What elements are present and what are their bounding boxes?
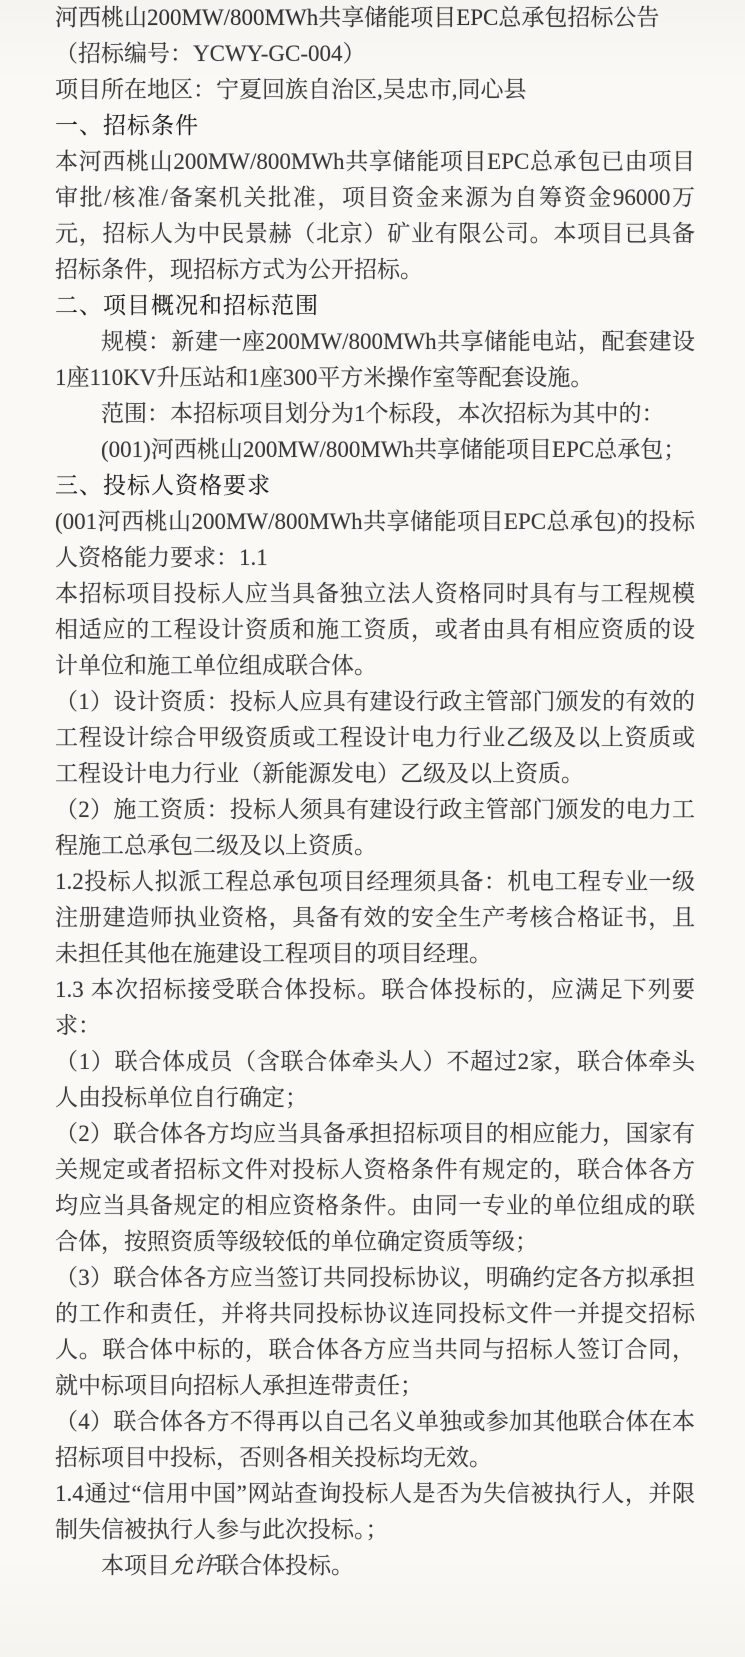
para-scope: 范围：本招标项目划分为1个标段，本次招标为其中的： xyxy=(55,396,695,432)
section-heading-tender-conditions: 一、招标条件 xyxy=(55,108,695,144)
para-consortium-restriction: （4）联合体各方不得再以自己名义单独或参加其他联合体在本招标项目中投标，否则各相… xyxy=(55,1404,695,1476)
consortium-allowed-prefix: 本项目 xyxy=(101,1553,170,1578)
para-design-qualification: （1）设计资质：投标人应具有建设行政主管部门颁发的有效的工程设计综合甲级资质或工… xyxy=(55,684,695,792)
para-lot-001: (001)河西桃山200MW/800MWh共享储能项目EPC总承包； xyxy=(55,432,695,468)
para-independent-legal-person: 本招标项目投标人应当具备独立法人资格同时具有与工程规模相适应的工程设计资质和施工… xyxy=(55,576,695,684)
doc-title: 河西桃山200MW/800MWh共享储能项目EPC总承包招标公告 xyxy=(55,0,695,36)
consortium-allowed-suffix: 联合体投标。 xyxy=(216,1553,354,1578)
para-credit-china-check: 1.4通过“信用中国”网站查询投标人是否为失信被执行人，并限制失信被执行人参与此… xyxy=(55,1476,695,1548)
para-consortium-capability: （2）联合体各方均应当具备承担招标项目的相应能力，国家有关规定或者招标文件对投标… xyxy=(55,1116,695,1260)
section-heading-bidder-qualification: 三、投标人资格要求 xyxy=(55,468,695,504)
section-heading-project-overview: 二、项目概况和招标范围 xyxy=(55,288,695,324)
document-page: 河西桃山200MW/800MWh共享储能项目EPC总承包招标公告 （招标编号：Y… xyxy=(0,0,745,1657)
para-project-manager-requirement: 1.2投标人拟派工程总承包项目经理须具备：机电工程专业一级注册建造师执业资格，具… xyxy=(55,864,695,972)
para-tender-conditions: 本河西桃山200MW/800MWh共享储能项目EPC总承包已由项目审批/核准/备… xyxy=(55,144,695,288)
para-qualification-intro: (001河西桃山200MW/800MWh共享储能项目EPC总承包)的投标人资格能… xyxy=(55,504,695,576)
para-construction-qualification: （2）施工资质：投标人须具有建设行政主管部门颁发的电力工程施工总承包二级及以上资… xyxy=(55,792,695,864)
tender-number: （招标编号：YCWY-GC-004） xyxy=(55,36,695,72)
consortium-allowed-emphasis: 允许 xyxy=(170,1553,216,1578)
para-consortium-agreement: （3）联合体各方应当签订共同投标协议，明确约定各方拟承担的工作和责任，并将共同投… xyxy=(55,1260,695,1404)
project-location-line: 项目所在地区：宁夏回族自治区,吴忠市,同心县 xyxy=(55,72,695,108)
para-consortium-members: （1）联合体成员（含联合体牵头人）不超过2家，联合体牵头人由投标单位自行确定； xyxy=(55,1044,695,1116)
para-consortium-intro: 1.3 本次招标接受联合体投标。联合体投标的，应满足下列要求： xyxy=(55,972,695,1044)
para-consortium-allowed: 本项目允许联合体投标。 xyxy=(55,1548,695,1584)
para-scale: 规模：新建一座200MW/800MWh共享储能电站，配套建设1座110KV升压站… xyxy=(55,324,695,396)
